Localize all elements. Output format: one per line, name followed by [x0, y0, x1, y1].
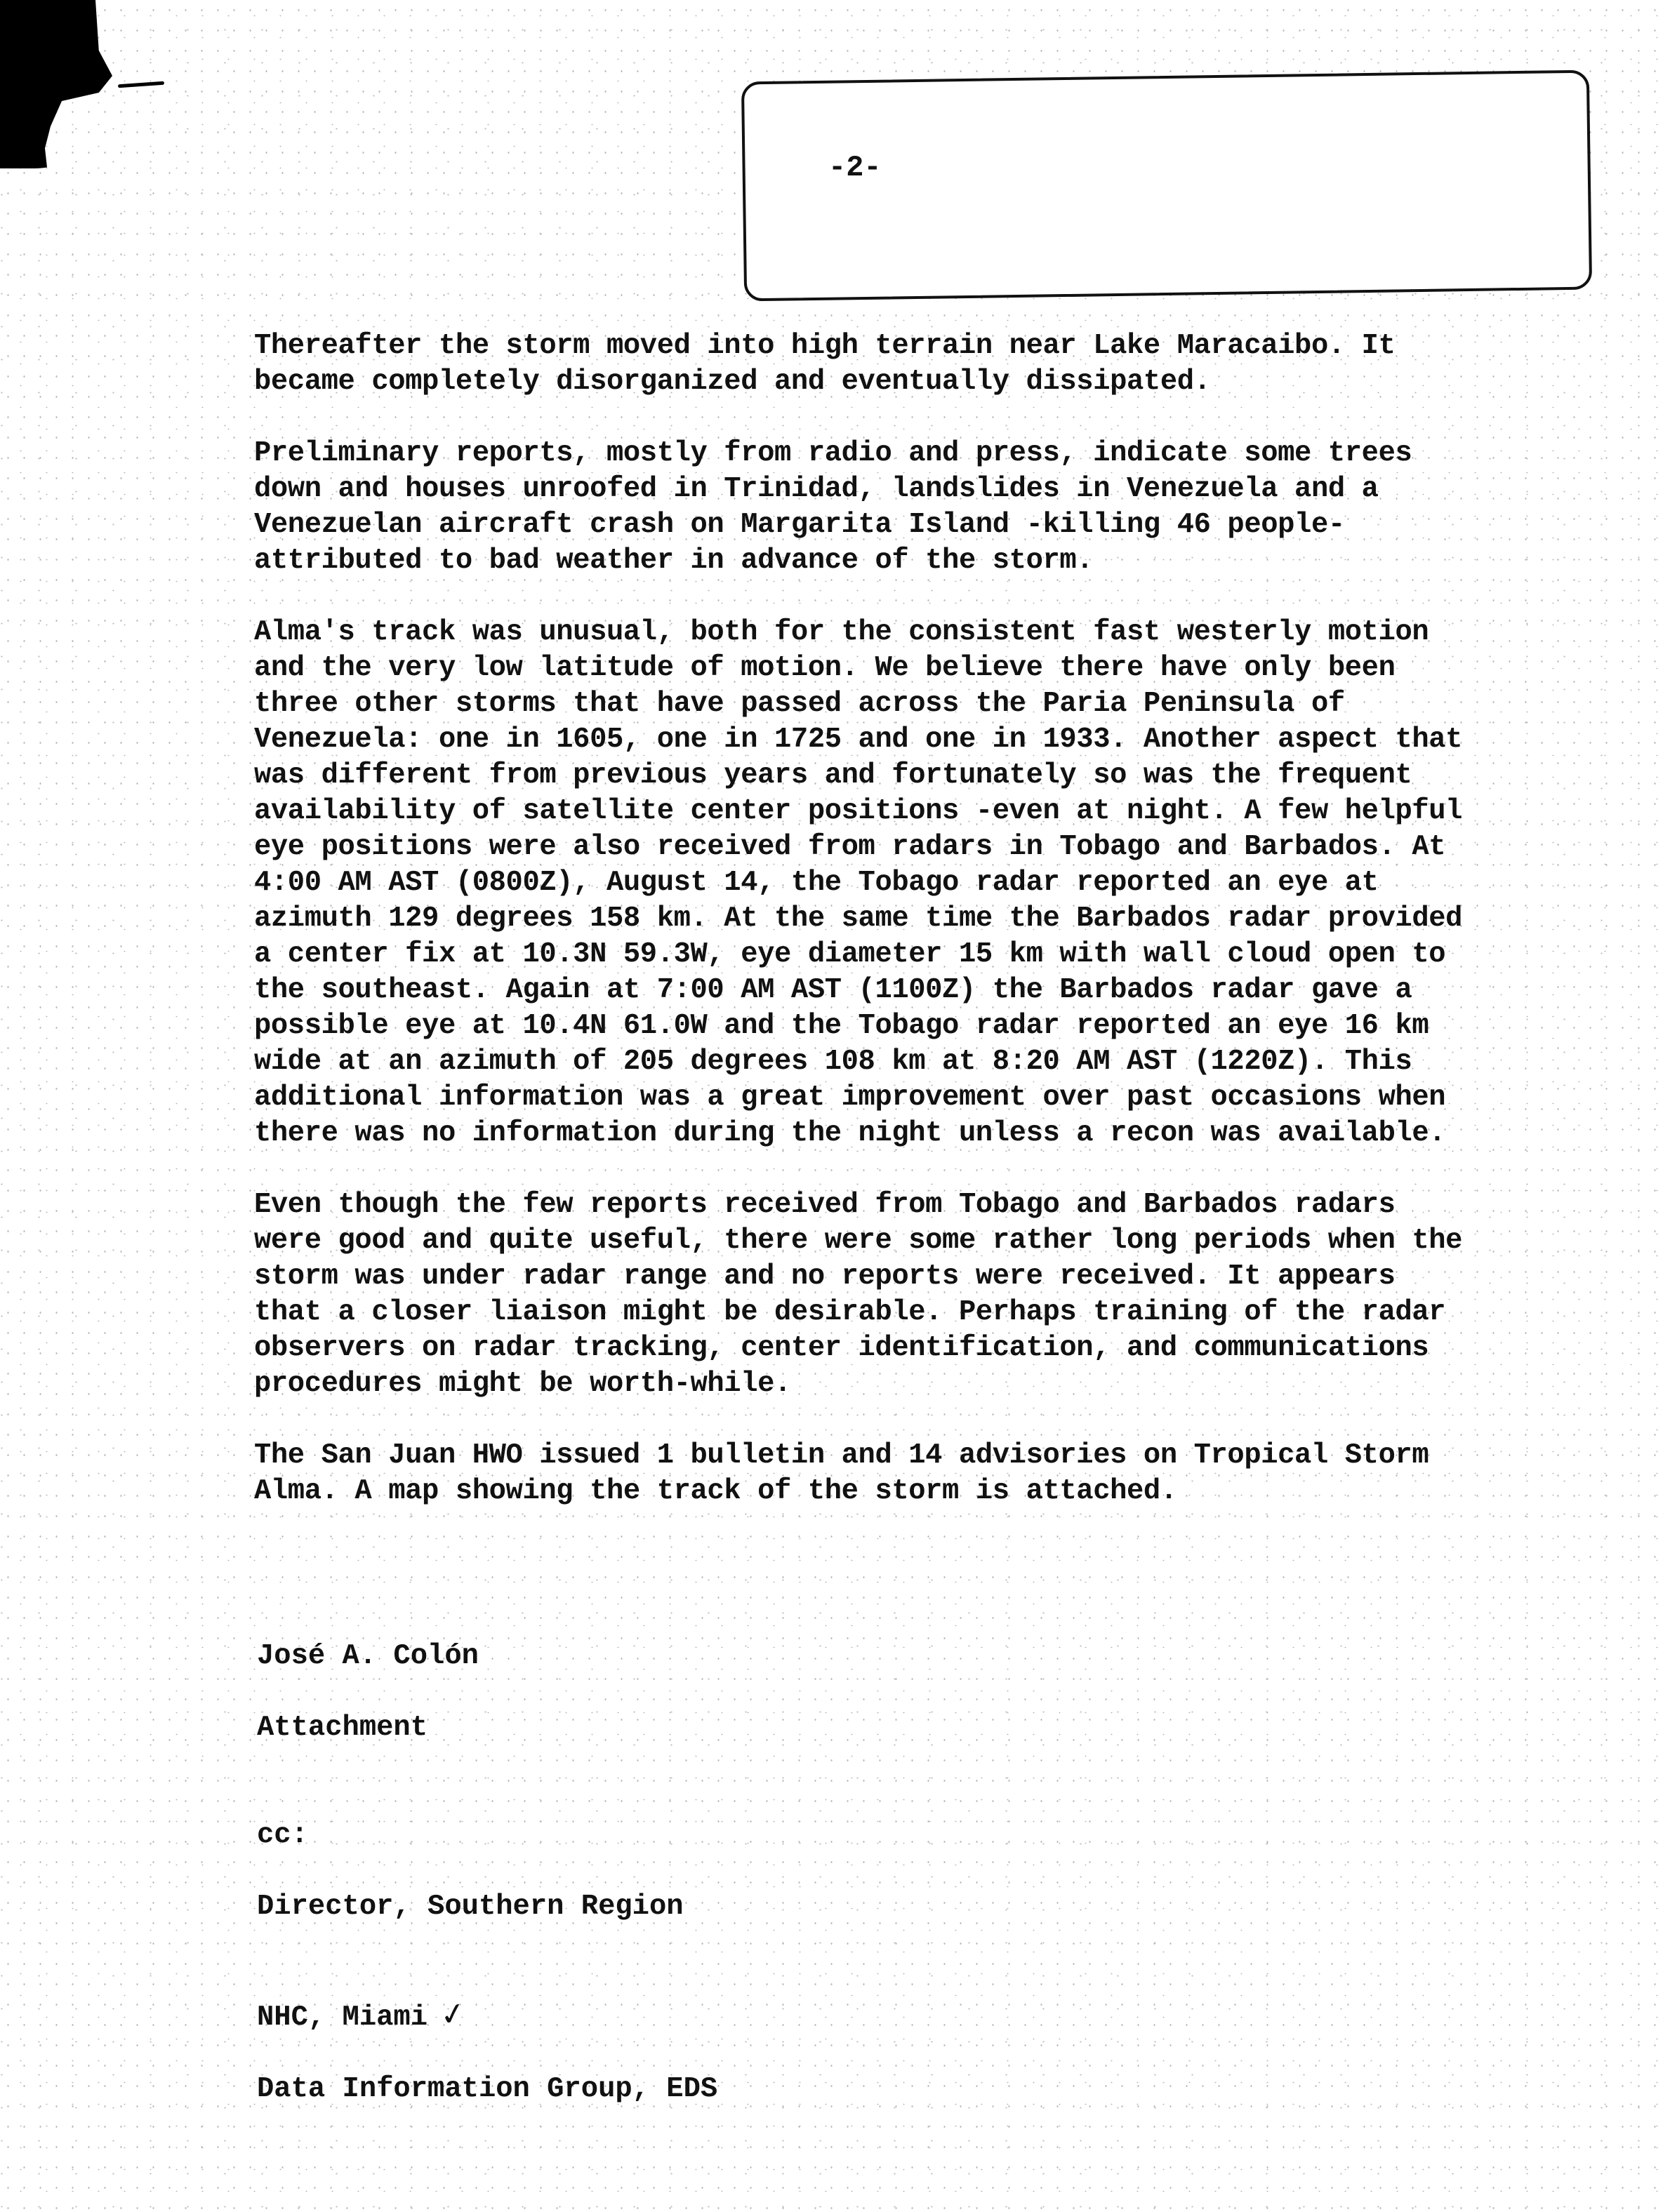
scan-corner-blot: [0, 0, 112, 168]
paragraph-radar-liaison: Even though the few reports received fro…: [254, 1187, 1574, 1402]
cc-recipient-label: NHC, Miami: [257, 2001, 428, 2034]
cc-recipient: NHC, Miami✓: [257, 1961, 717, 2036]
scan-scratch-mark: [118, 81, 164, 88]
cc-list: cc: Director, Southern Region NHC, Miami…: [257, 1782, 717, 2143]
cc-label: cc:: [257, 1818, 717, 1853]
paragraph-damage-reports: Preliminary reports, mostly from radio a…: [254, 436, 1574, 579]
paragraph-dissipation: Thereafter the storm moved into high ter…: [254, 328, 1574, 400]
signatory-name: José A. Colón: [257, 1639, 717, 1674]
cc-recipient: Data Information Group, EDS: [257, 2072, 717, 2107]
paragraph-track-analysis: Alma's track was unusual, both for the c…: [254, 615, 1574, 1152]
letter-body: Thereafter the storm moved into high ter…: [254, 328, 1574, 1545]
header-stamp-box: [741, 70, 1592, 302]
paragraph-advisories: The San Juan HWO issued 1 bulletin and 1…: [254, 1438, 1574, 1510]
page-number: -2-: [828, 151, 882, 185]
cc-recipient: Director, Southern Region: [257, 1889, 717, 1925]
checkmark-icon: ✓: [437, 1994, 469, 2034]
signature-block: José A. Colón Attachment cc: Director, S…: [257, 1639, 717, 2143]
attachment-label: Attachment: [257, 1710, 717, 1746]
